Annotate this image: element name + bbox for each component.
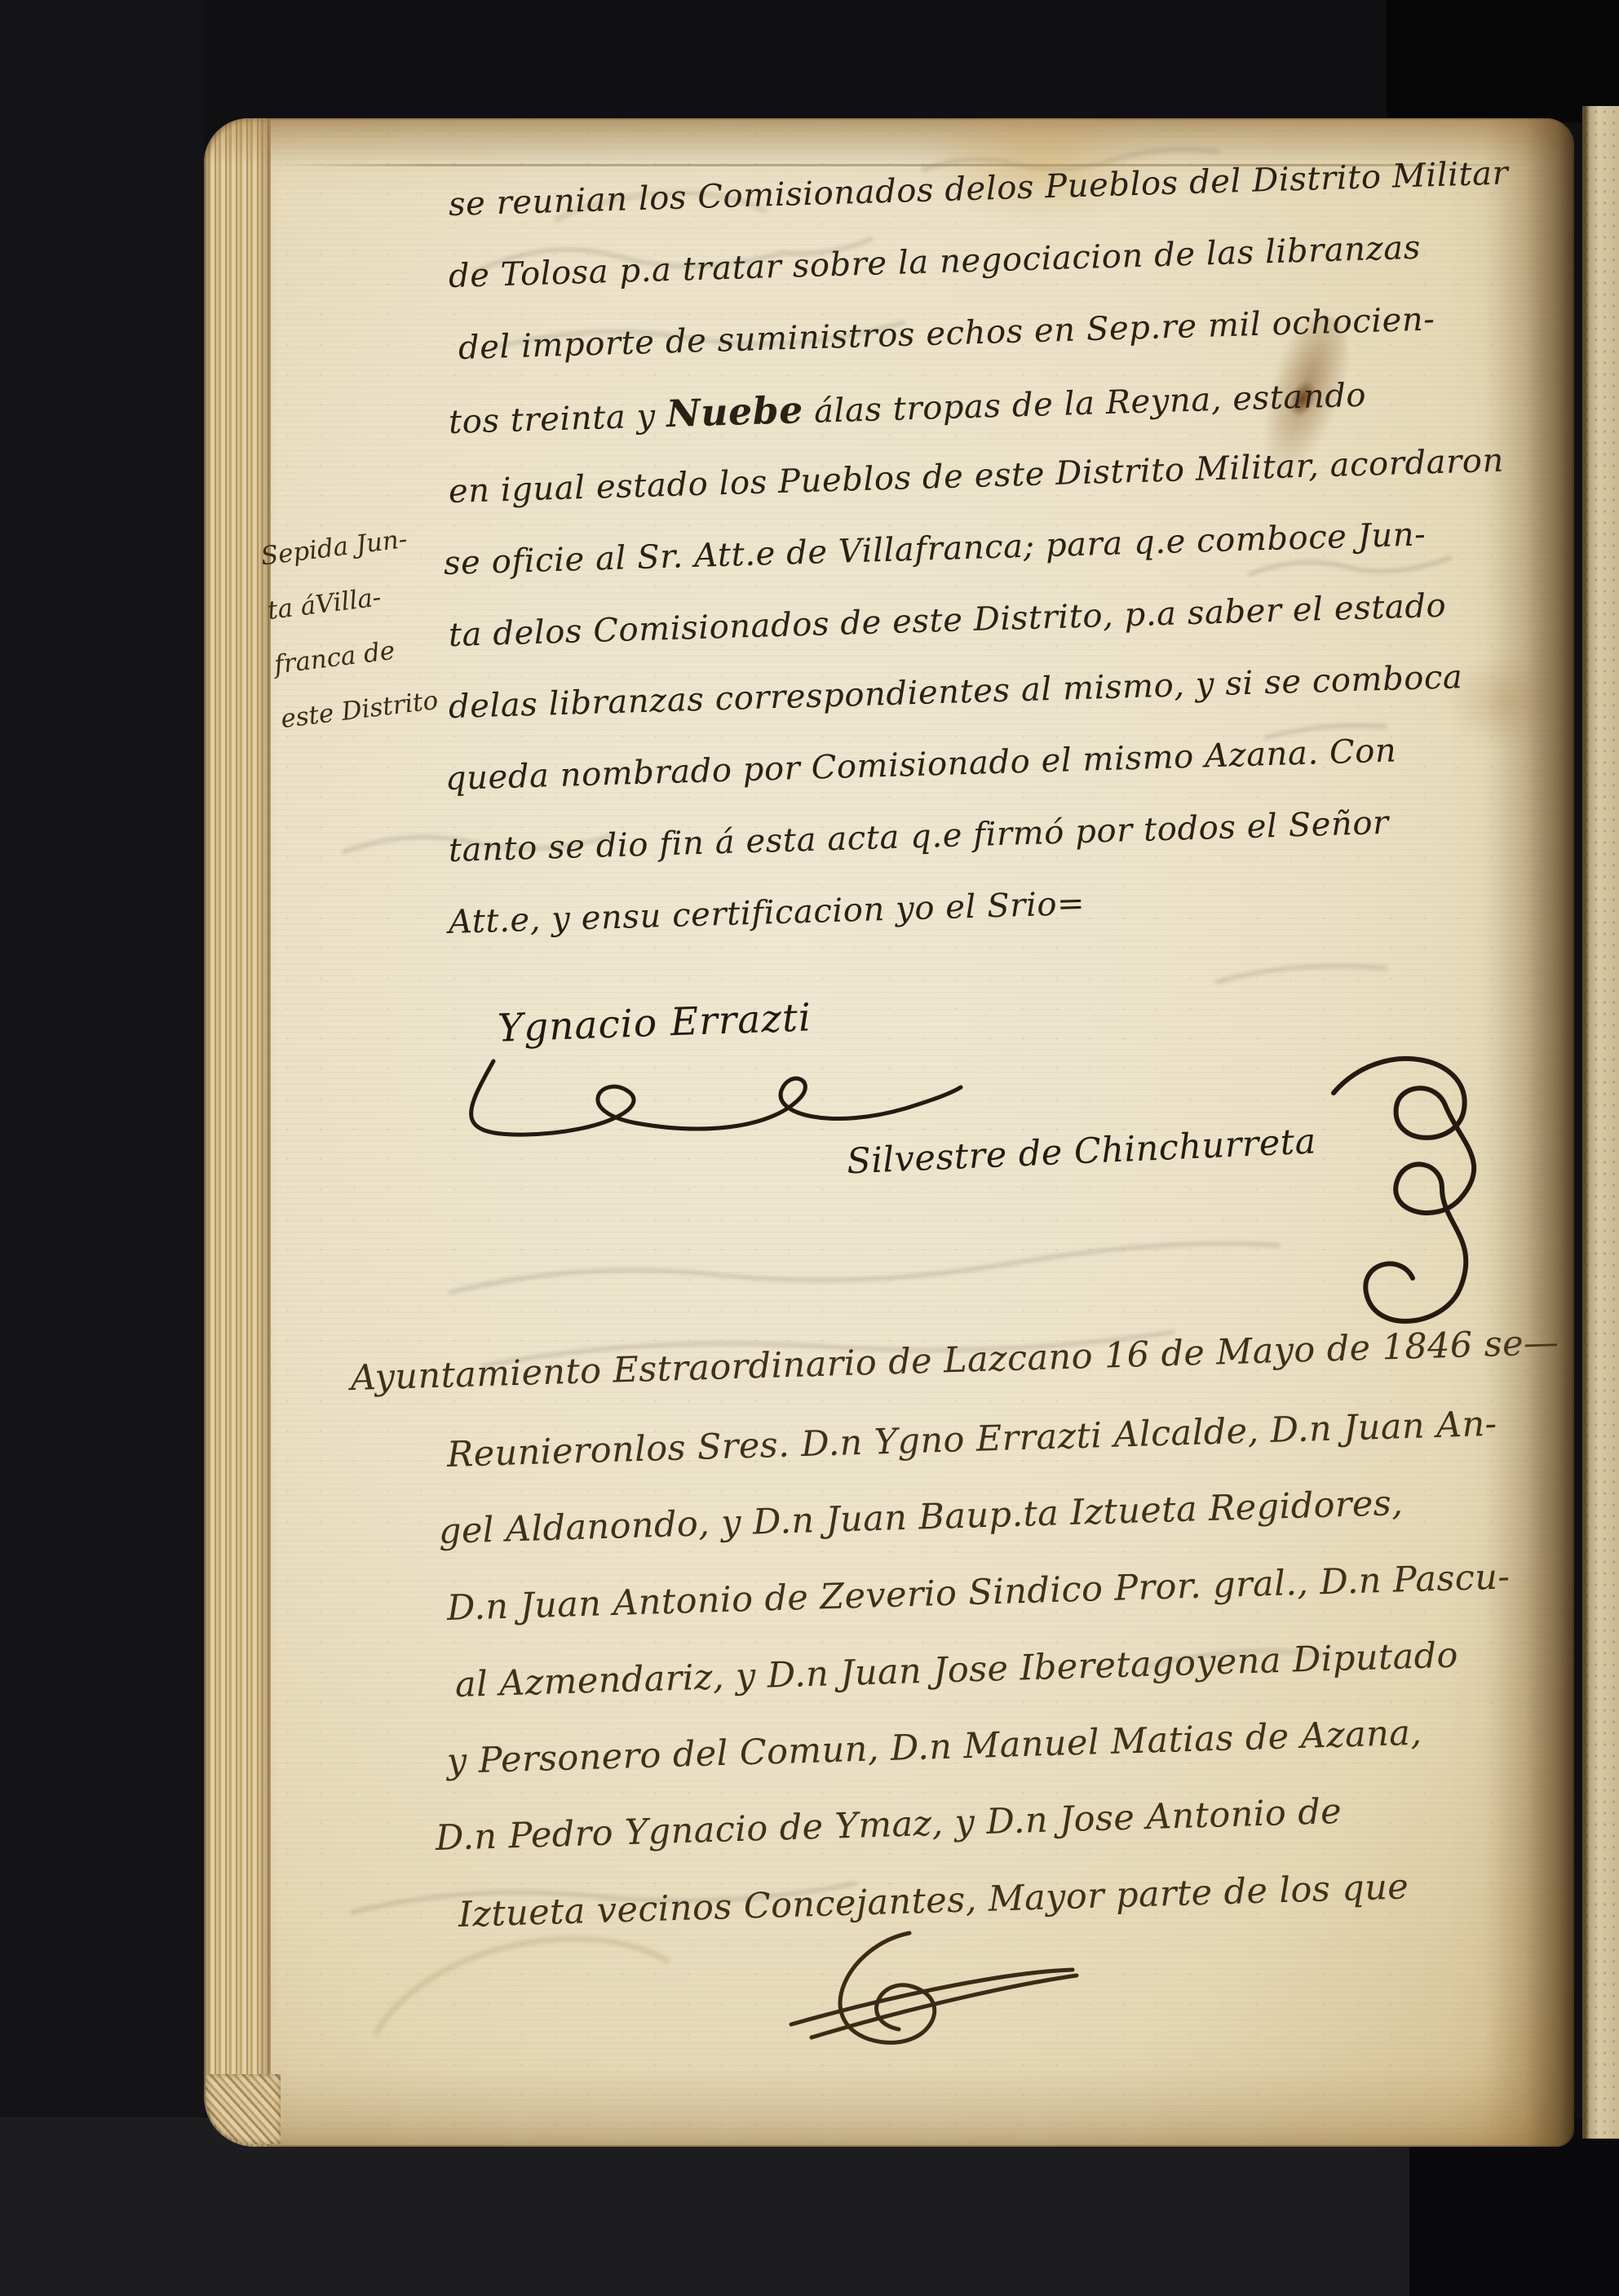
entry-2-text-block: Ayuntamiento Estraordinario de Lazcano 1… — [351, 1340, 1559, 1953]
line-segment: tos treinta y — [448, 397, 666, 441]
emphasized-word: Nuebe — [666, 387, 803, 436]
backdrop-top-right — [1387, 0, 1619, 122]
gutter-shadow — [1484, 118, 1574, 2147]
closing-paraph-flourish — [742, 1925, 1101, 2080]
facing-page-sliver — [1582, 106, 1619, 2139]
archival-photo-scene: Sepida Jun- ta áVilla- franca de este Di… — [0, 0, 1619, 2296]
entry-1-text-block: se reunian los Comisionados delos Pueblo… — [449, 169, 1509, 958]
manuscript-page: Sepida Jun- ta áVilla- franca de este Di… — [204, 118, 1574, 2147]
backdrop-left — [0, 0, 204, 2296]
line-segment: álas tropas de la Reyna, estando — [803, 377, 1367, 431]
